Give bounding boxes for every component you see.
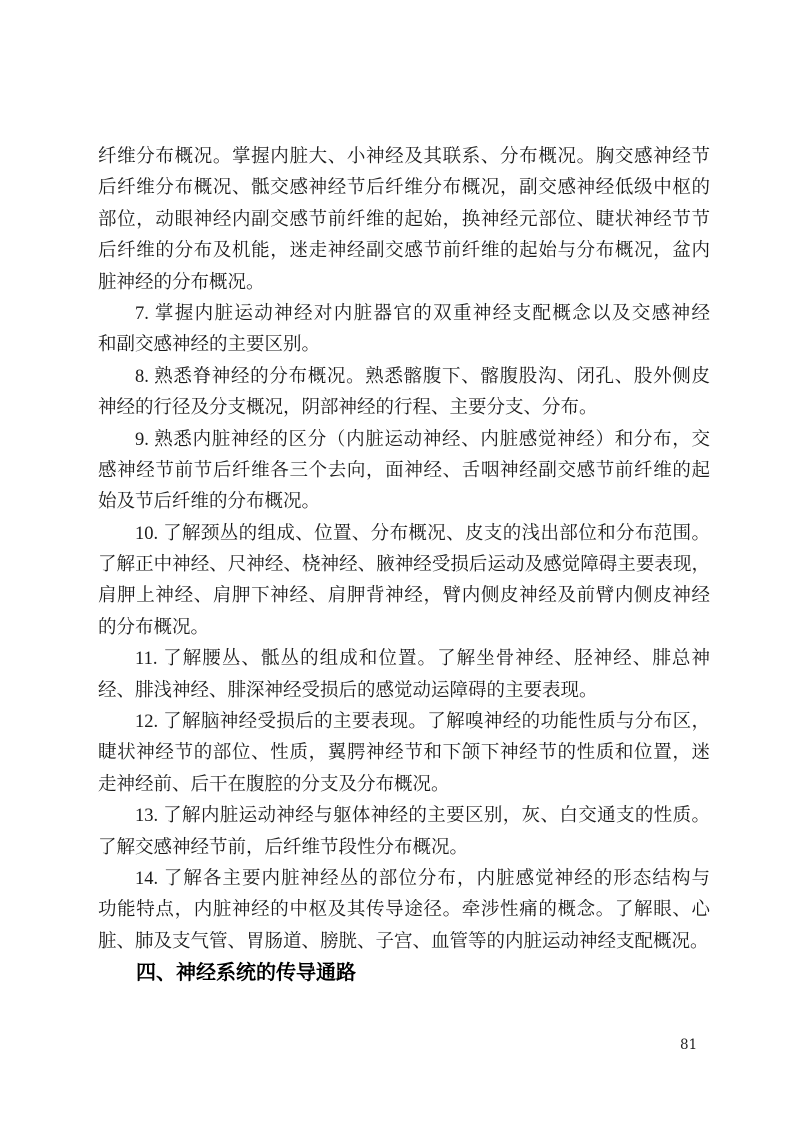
- paragraph-line: 了解交感神经节前，后纤维节段性分布概况。: [98, 833, 710, 864]
- text-column: 纤维分布概况。掌握内脏大、小神经及其联系、分布概况。胸交感神经节 后纤维分布概况…: [98, 142, 710, 990]
- paragraph-line: 了解正中神经、尺神经、桡神经、腋神经受损后运动及感觉障碍主要表现，: [98, 550, 710, 581]
- document-page: 纤维分布概况。掌握内脏大、小神经及其联系、分布概况。胸交感神经节 后纤维分布概况…: [0, 0, 793, 1122]
- paragraph-line: 脏神经的分布概况。: [98, 268, 710, 299]
- page-number: 81: [680, 1036, 697, 1054]
- paragraph-line: 走神经前、后干在腹腔的分支及分布概况。: [98, 770, 710, 801]
- paragraph-line: 肩胛上神经、肩胛下神经、肩胛背神经，臂内侧皮神经及前臂内侧皮神经: [98, 581, 710, 612]
- paragraph-line: 和副交感神经的主要区别。: [98, 330, 710, 361]
- paragraph-line: 神经的行径及分支概况，阴部神经的行程、主要分支、分布。: [98, 393, 710, 424]
- paragraph-line: 10. 了解颈丛的组成、位置、分布概况、皮支的浅出部位和分布范围。: [98, 519, 710, 550]
- paragraph-line: 11. 了解腰丛、骶丛的组成和位置。了解坐骨神经、胫神经、腓总神: [98, 644, 710, 675]
- paragraph-line: 功能特点，内脏神经的中枢及其传导途径。牵涉性痛的概念。了解眼、心: [98, 895, 710, 926]
- paragraph-line: 的分布概况。: [98, 613, 710, 644]
- paragraph-line: 14. 了解各主要内脏神经丛的部位分布，内脏感觉神经的形态结构与: [98, 864, 710, 895]
- paragraph-line: 12. 了解脑神经受损后的主要表现。了解嗅神经的功能性质与分布区，: [98, 707, 710, 738]
- paragraph-line: 9. 熟悉内脏神经的区分（内脏运动神经、内脏感觉神经）和分布，交: [98, 425, 710, 456]
- paragraph-line: 8. 熟悉脊神经的分布概况。熟悉髂腹下、髂腹股沟、闭孔、股外侧皮: [98, 362, 710, 393]
- paragraph-line: 后纤维的分布及机能，迷走神经副交感节前纤维的起始与分布概况，盆内: [98, 236, 710, 267]
- paragraph-line: 部位，动眼神经内副交感节前纤维的起始，换神经元部位、睫状神经节节: [98, 205, 710, 236]
- paragraph-line: 脏、肺及支气管、胃肠道、膀胱、子宫、血管等的内脏运动神经支配概况。: [98, 927, 710, 958]
- paragraph-line: 始及节后纤维的分布概况。: [98, 487, 710, 518]
- paragraph-line: 后纤维分布概况、骶交感神经节后纤维分布概况，副交感神经低级中枢的: [98, 173, 710, 204]
- paragraph-line: 13. 了解内脏运动神经与躯体神经的主要区别，灰、白交通支的性质。: [98, 801, 710, 832]
- paragraph-line: 感神经节前节后纤维各三个去向，面神经、舌咽神经副交感节前纤维的起: [98, 456, 710, 487]
- paragraph-line: 7. 掌握内脏运动神经对内脏器官的双重神经支配概念以及交感神经: [98, 299, 710, 330]
- section-heading: 四、神经系统的传导通路: [98, 958, 710, 989]
- paragraph-line: 睫状神经节的部位、性质，翼腭神经节和下颌下神经节的性质和位置，迷: [98, 738, 710, 769]
- paragraph-line: 经、腓浅神经、腓深神经受损后的感觉动运障碍的主要表现。: [98, 676, 710, 707]
- paragraph-line: 纤维分布概况。掌握内脏大、小神经及其联系、分布概况。胸交感神经节: [98, 142, 710, 173]
